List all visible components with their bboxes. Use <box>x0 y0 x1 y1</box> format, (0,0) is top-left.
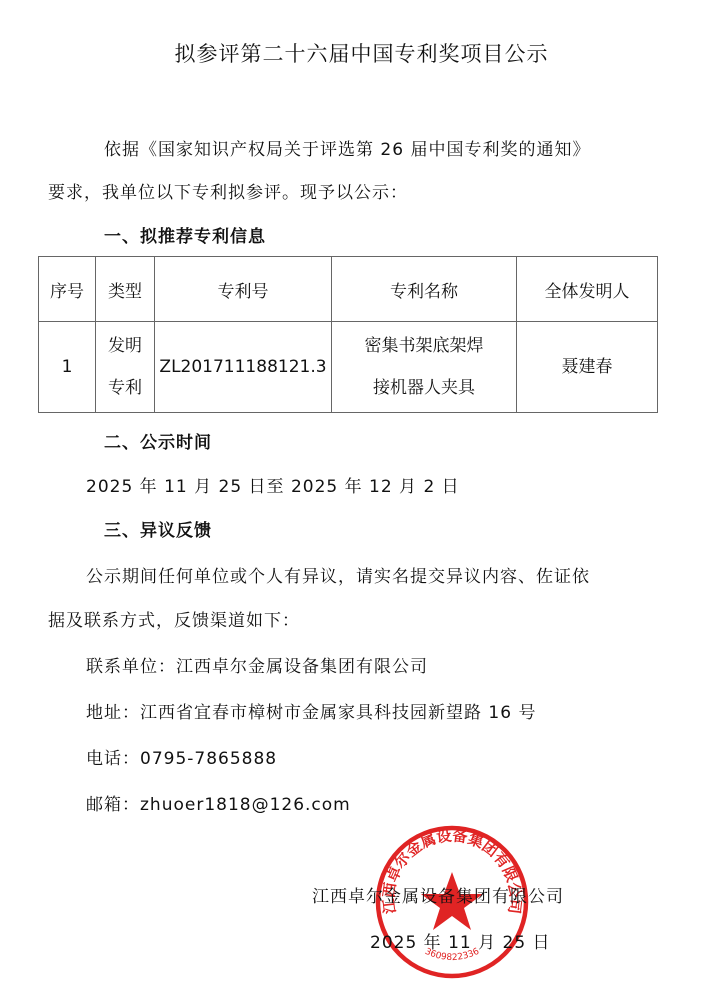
cell-patent-name-line-1: 密集书架底架焊 <box>332 325 516 367</box>
section-heading-recommended-patents: 一、拟推荐专利信息 <box>104 222 266 247</box>
section-heading-period: 二、公示时间 <box>104 428 212 453</box>
address: 地址：江西省宜春市樟树市金属家具科技园新望路 16 号 <box>86 698 536 723</box>
page-title: 拟参评第二十六届中国专利奖项目公示 <box>0 38 723 68</box>
patent-table: 序号 类型 专利号 专利名称 全体发明人 1 发明 专利 ZL201711188… <box>38 256 658 413</box>
signature-date: 2025 年 11 月 25 日 <box>370 928 551 953</box>
header-patent-no: 专利号 <box>155 257 332 322</box>
cell-type-line-2: 专利 <box>96 367 154 409</box>
cell-type-line-1: 发明 <box>96 325 154 367</box>
header-type: 类型 <box>96 257 155 322</box>
cell-patent-no: ZL201711188121.3 <box>155 322 332 413</box>
cell-patent-name: 密集书架底架焊 接机器人夹具 <box>332 322 517 413</box>
intro-line-1: 依据《国家知识产权局关于评选第 26 届中国专利奖的通知》 <box>104 135 590 160</box>
feedback-line-1: 公示期间任何单位或个人有异议，请实名提交异议内容、佐证依 <box>86 562 590 587</box>
contact-unit: 联系单位：江西卓尔金属设备集团有限公司 <box>86 652 428 677</box>
intro-line-2: 要求，我单位以下专利拟参评。现予以公示： <box>48 178 408 203</box>
cell-type: 发明 专利 <box>96 322 155 413</box>
cell-patent-name-line-2: 接机器人夹具 <box>332 367 516 409</box>
cell-index: 1 <box>39 322 96 413</box>
email: 邮箱：zhuoer1818@126.com <box>86 790 351 815</box>
publicity-period: 2025 年 11 月 25 日至 2025 年 12 月 2 日 <box>86 472 460 497</box>
header-patent-name: 专利名称 <box>332 257 517 322</box>
table-header-row: 序号 类型 专利号 专利名称 全体发明人 <box>39 257 658 322</box>
signature-company: 江西卓尔金属设备集团有限公司 <box>312 882 564 907</box>
phone: 电话：0795-7865888 <box>86 744 277 769</box>
cell-inventors: 聂建春 <box>517 322 658 413</box>
table-row: 1 发明 专利 ZL201711188121.3 密集书架底架焊 接机器人夹具 … <box>39 322 658 413</box>
header-inventors: 全体发明人 <box>517 257 658 322</box>
section-heading-feedback: 三、异议反馈 <box>104 516 212 541</box>
feedback-line-2: 据及联系方式，反馈渠道如下： <box>48 606 300 631</box>
header-index: 序号 <box>39 257 96 322</box>
